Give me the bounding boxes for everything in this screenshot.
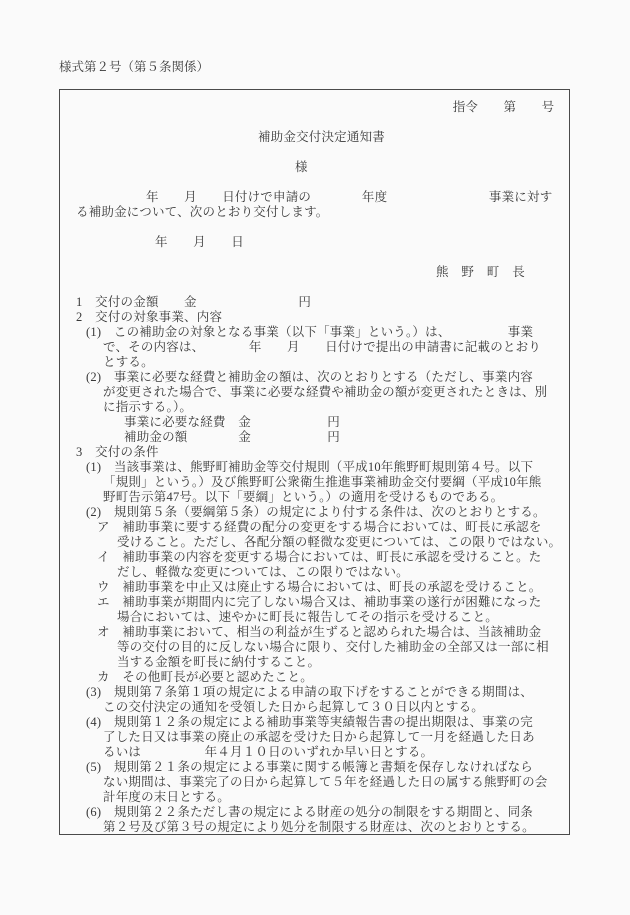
document-line: 場合においては、速やかに町長に報告してその指示を受けること。: [76, 610, 567, 625]
document-body: 指令 第 号 補助金交付決定通知書様年 月 日付けで申請の 年度 事業に対する補…: [60, 90, 569, 835]
document-line: 当する金額を町長に納付すること。: [76, 655, 567, 670]
document-line: 「規則」という。）及び熊野町公衆衛生推進事業補助金交付要綱（平成10年熊: [76, 475, 567, 490]
document-line: る補助金について、次のとおり交付します。: [76, 205, 567, 220]
document-line: (1) この補助金の対象となる事業（以下「事業」という。）は、 事業: [76, 325, 567, 340]
subsidy-amount-line: 補助金の額 金 円: [76, 430, 567, 445]
document-line: に指示する。）。: [76, 400, 567, 415]
addressee-line: 様: [76, 160, 567, 175]
document-line: 受けること。ただし、各配分額の軽微な変更については、この限りではない。: [76, 535, 567, 550]
document-line: 計年度の末日とする。: [76, 790, 567, 805]
target-business-heading: 2 交付の対象事業、内容: [76, 310, 567, 325]
document-line: (5) 規則第２１条の規定による事業に関する帳簿と書類を保存しなければなら: [76, 760, 567, 775]
grant-conditions-heading: 3 交付の条件: [76, 445, 567, 460]
document-line: [76, 175, 567, 190]
document-line: (6) 規則第２２条ただし書の規定による財産の処分の制限をする期間と、同条: [76, 805, 567, 820]
document-line: 第２号及び第３号の規定により処分を制限する財産は、次のとおりとする。: [76, 820, 567, 835]
document-line: [76, 145, 567, 160]
document-line: 了した日又は事業の廃止の承認を受けた日から起算して一月を経過した日あ: [76, 730, 567, 745]
document-line: [76, 115, 567, 130]
document-line: オ 補助事業において、相当の利益が生ずると認められた場合は、当該補助金: [76, 625, 567, 640]
document-line: ウ 補助事業を中止又は廃止する場合においては、町長の承認を受けること。: [76, 580, 567, 595]
document-line: ない期間は、事業完了の日から起算して５年を経過した日の属する熊野町の会: [76, 775, 567, 790]
document-line: るいは 年４月１０日のいずれか早い日とする。: [76, 745, 567, 760]
document-line: (3) 規則第７条第１項の規定による申請の取下げをすることができる期間は、: [76, 685, 567, 700]
issue-date-line: 年 月 日: [76, 235, 567, 250]
document-line: ア 補助事業に要する経費の配分の変更をする場合においては、町長に承認を: [76, 520, 567, 535]
document-line: [76, 220, 567, 235]
scanned-form-page: { "page": { "form_label": "様式第２号（第５条関係）"…: [0, 0, 630, 915]
document-line: (2) 規則第５条（要綱第５条）の規定により付する条件は、次のとおりとする。: [76, 505, 567, 520]
document-line: が変更された場合で、事業に必要な経費や補助金の額が変更されたときは、別: [76, 385, 567, 400]
document-line: とする。: [76, 355, 567, 370]
document-line: (4) 規則第１２条の規定による補助事業等実績報告書の提出期限は、事業の完: [76, 715, 567, 730]
document-line: [76, 280, 567, 295]
issuer-line: 熊 野 町 長: [76, 265, 567, 280]
directive-number-line: 指令 第 号: [76, 100, 567, 115]
document-line: エ 補助事業が期間内に完了しない場合又は、補助事業の遂行が困難になった: [76, 595, 567, 610]
notice-border-box: 指令 第 号 補助金交付決定通知書様年 月 日付けで申請の 年度 事業に対する補…: [59, 89, 570, 835]
form-number-label: 様式第２号（第５条関係）: [59, 60, 209, 75]
required-expense-line: 事業に必要な経費 金 円: [76, 415, 567, 430]
document-line: 野町告示第47号。以下「要綱」という。）の適用を受けるものである。: [76, 490, 567, 505]
application-reference-line: 年 月 日付けで申請の 年度 事業に対す: [76, 190, 567, 205]
document-line: だし、軽微な変更については、この限りではない。: [76, 565, 567, 580]
document-line: (1) 当該事業は、熊野町補助金等交付規則（平成10年熊野町規則第４号。以下: [76, 460, 567, 475]
document-line: (2) 事業に必要な経費と補助金の額は、次のとおりとする（ただし、事業内容: [76, 370, 567, 385]
document-title: 補助金交付決定通知書: [76, 130, 567, 145]
grant-amount-line: 1 交付の金額 金 円: [76, 295, 567, 310]
document-line: この交付決定の通知を受領した日から起算して３０日以内とする。: [76, 700, 567, 715]
document-line: で、その内容は、 年 月 日付けで提出の申請書に記載のとおり: [76, 340, 567, 355]
document-line: カ その他町長が必要と認めたこと。: [76, 670, 567, 685]
document-line: 等の交付の目的に反しない場合に限り、交付した補助金の全部又は一部に相: [76, 640, 567, 655]
document-line: [76, 250, 567, 265]
document-line: イ 補助事業の内容を変更する場合においては、町長に承認を受けること。た: [76, 550, 567, 565]
